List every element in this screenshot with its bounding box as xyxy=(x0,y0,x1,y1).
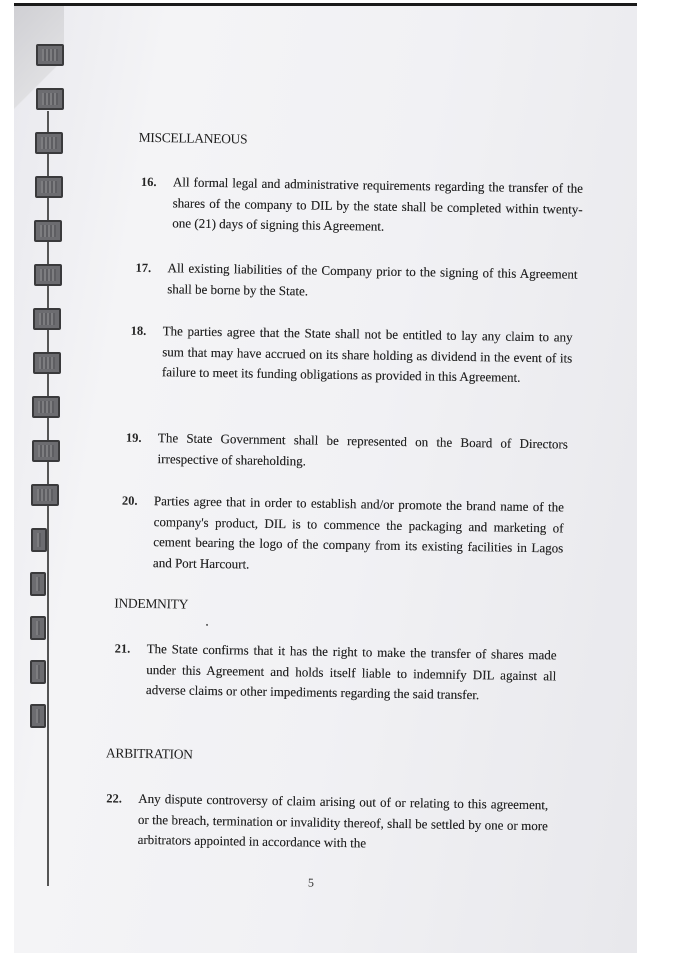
clause-number: 17. xyxy=(135,258,151,279)
clause-number: 18. xyxy=(130,321,146,342)
clause-17: 17. All existing liabilities of the Comp… xyxy=(167,258,578,305)
clause-text: The State confirms that it has the right… xyxy=(146,639,557,707)
clause-18: 18. The parties agree that the State sha… xyxy=(162,321,573,389)
section-heading-indemnity: INDEMNITY xyxy=(114,595,188,612)
document-text: MISCELLANEOUS 16. All formal legal and a… xyxy=(0,0,683,960)
page-number: 5 xyxy=(308,876,314,891)
clause-number: 20. xyxy=(122,491,138,512)
section-heading-arbitration: ARBITRATION xyxy=(106,745,193,762)
clause-text: All existing liabilities of the Company … xyxy=(167,258,578,305)
clause-text: The parties agree that the State shall n… xyxy=(162,321,573,389)
clause-16: 16. All formal legal and administrative … xyxy=(172,172,583,240)
clause-text: Parties agree that in order to establish… xyxy=(153,491,564,579)
clause-number: 22. xyxy=(106,788,122,809)
section-heading-miscellaneous: MISCELLANEOUS xyxy=(139,130,248,148)
clause-text: Any dispute controversy of claim arising… xyxy=(137,789,548,857)
clause-text: All formal legal and administrative requ… xyxy=(172,172,583,240)
clause-19: 19. The State Government shall be repres… xyxy=(157,428,568,475)
clause-22: 22. Any dispute controversy of claim ari… xyxy=(137,789,548,857)
clause-number: 16. xyxy=(141,172,157,193)
clause-text: The State Government shall be represente… xyxy=(157,428,568,475)
clause-number: 21. xyxy=(114,638,130,659)
clause-20: 20. Parties agree that in order to estab… xyxy=(153,491,564,579)
speck xyxy=(206,624,208,626)
clause-21: 21. The State confirms that it has the r… xyxy=(146,639,557,707)
clause-number: 19. xyxy=(126,428,142,449)
